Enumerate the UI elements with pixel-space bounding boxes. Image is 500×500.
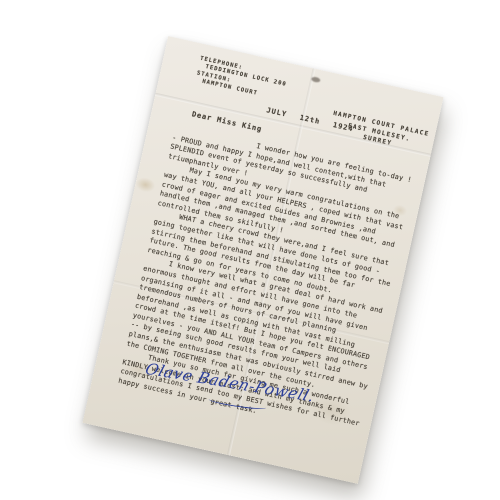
letterhead-address-block: HAMPTON COURT PALACE EAST MOLESEY. SURRE… [325,109,434,157]
letter-photo-background: TELEPHONE: TEDDINGTON LOCK 200 STATION: … [0,0,500,500]
letterhead-telephone-block: TELEPHONE: TEDDINGTON LOCK 200 STATION: … [194,56,288,104]
paper-stain [311,76,321,83]
letter-paper: TELEPHONE: TEDDINGTON LOCK 200 STATION: … [82,36,443,484]
